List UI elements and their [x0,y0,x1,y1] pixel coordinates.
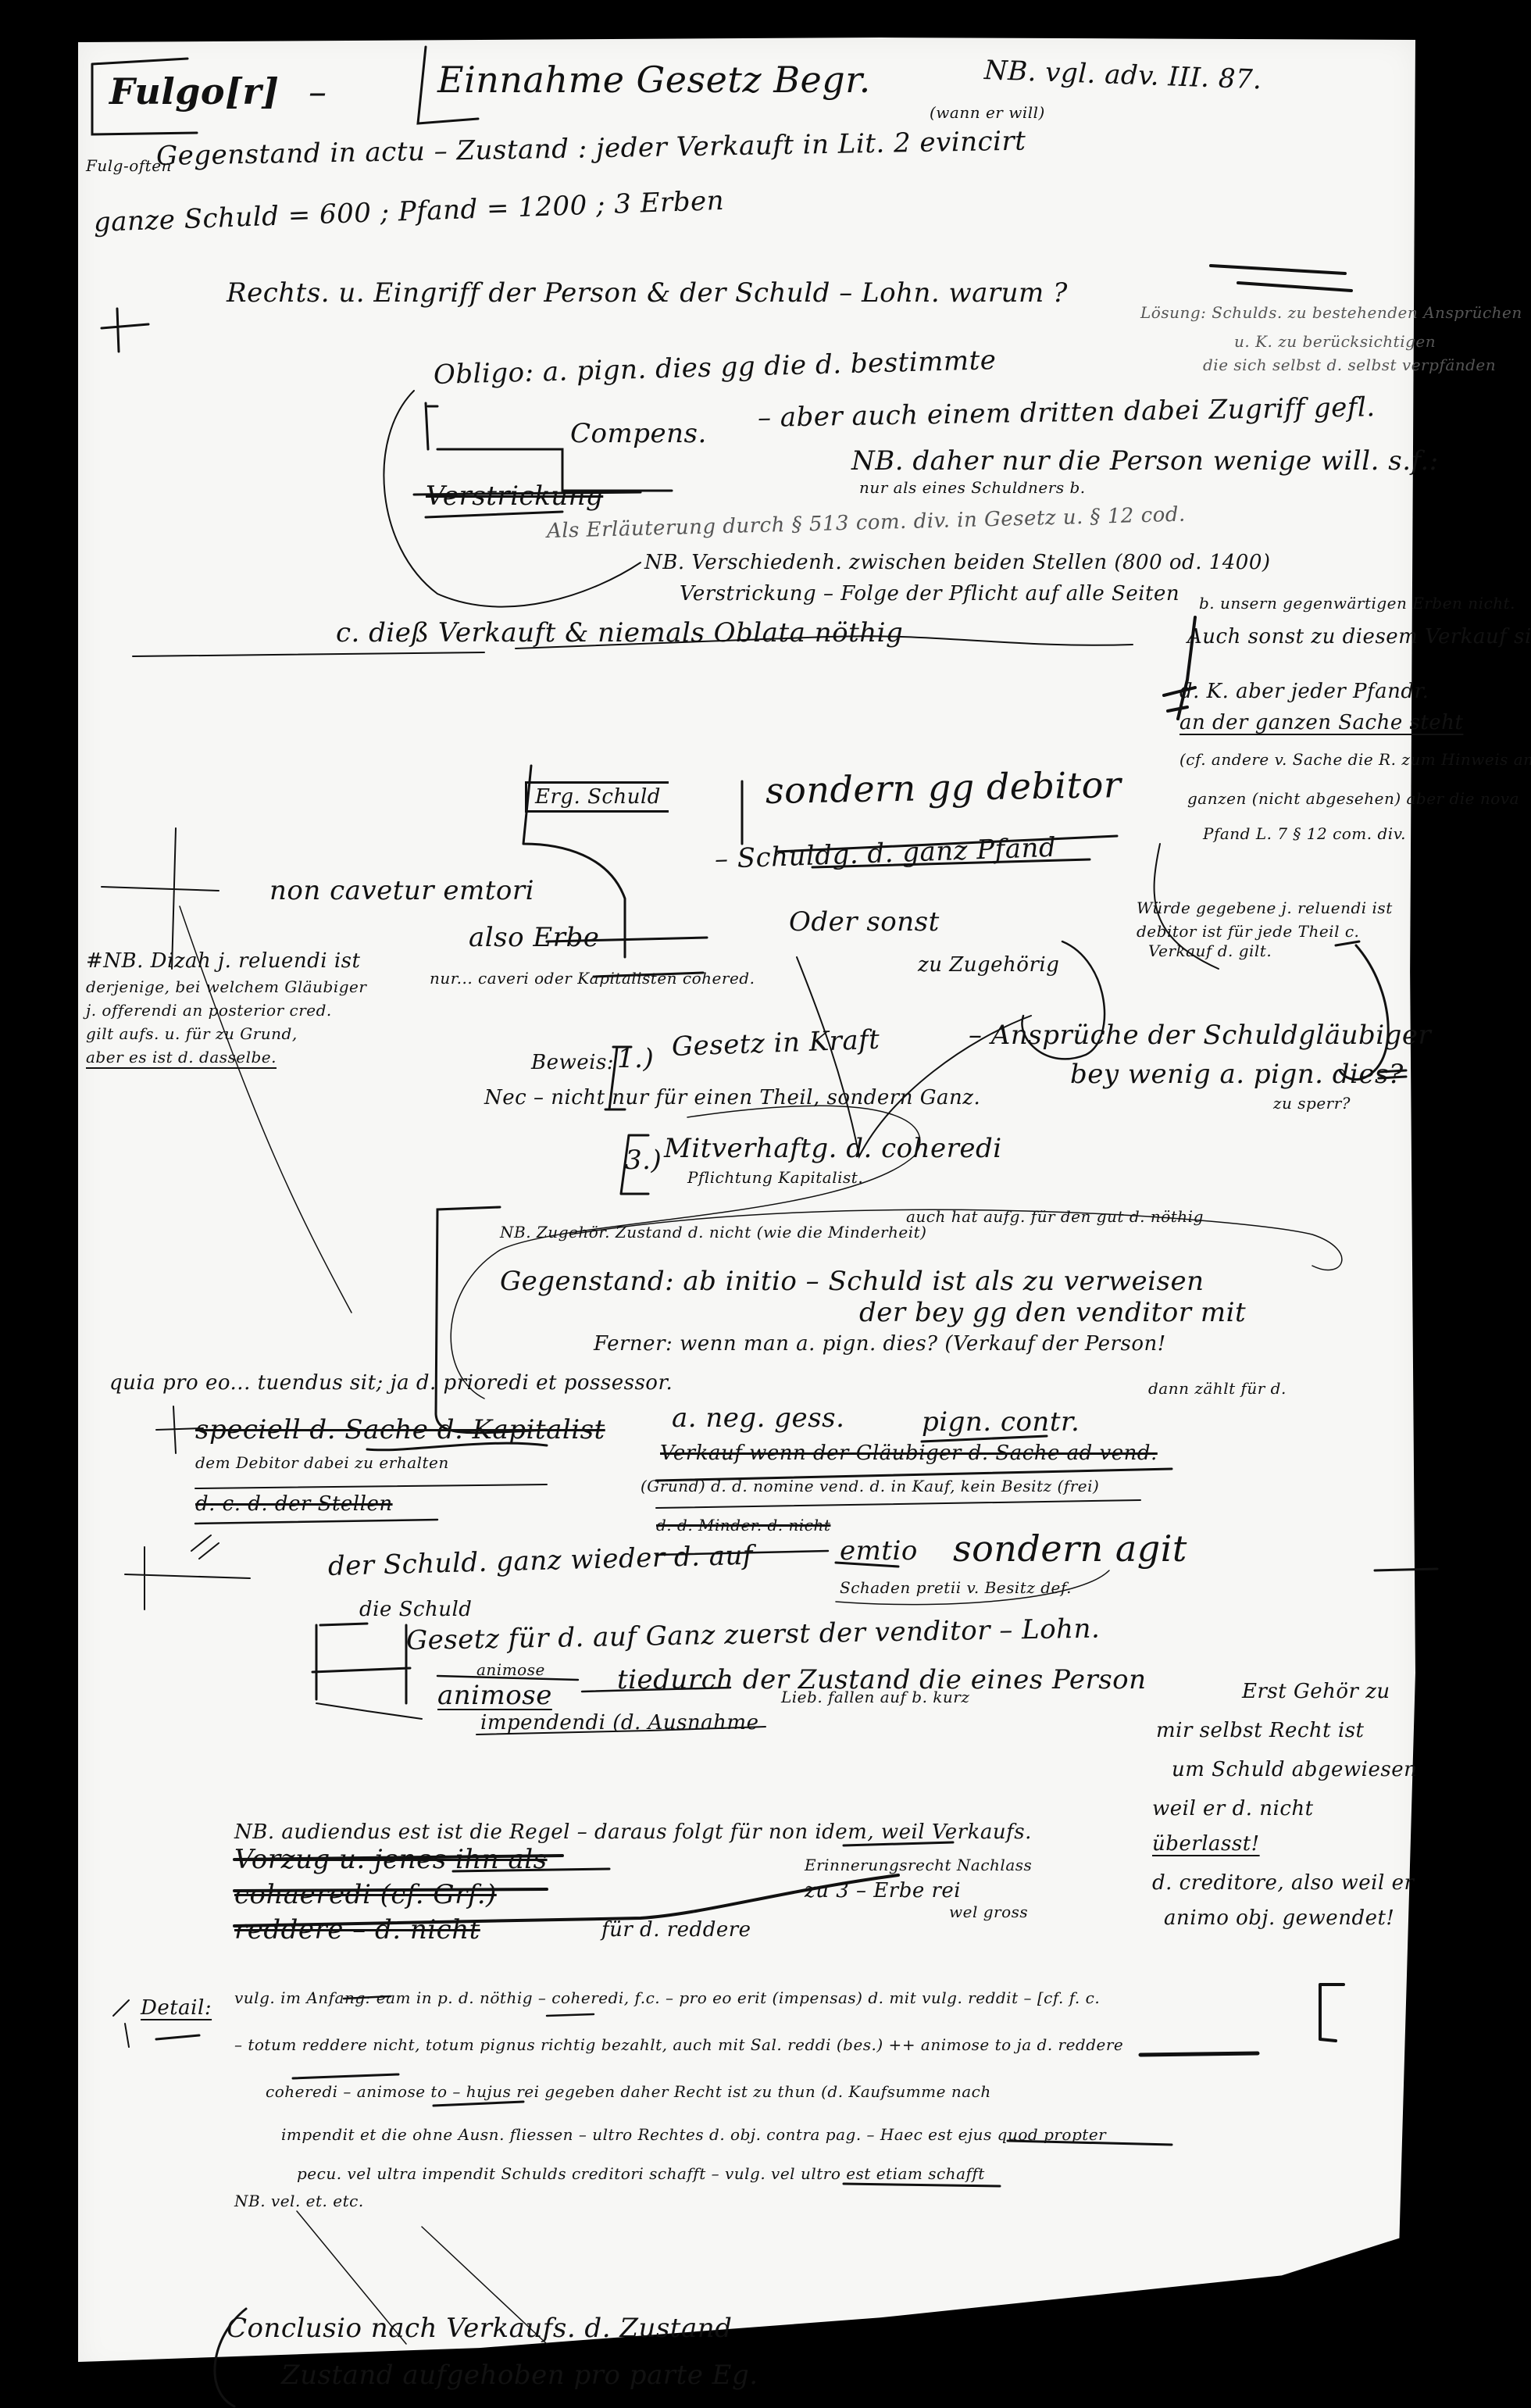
text-line: non cavetur emtori [269,875,534,906]
text-line: animose [476,1660,545,1679]
dash: – [309,70,327,113]
text-line: Compens. [570,418,707,449]
text-line: sondern agit [953,1527,1187,1570]
header-bracket-title: Einnahme Gesetz Begr. [437,59,871,101]
margin-line: derjenige, bei welchem Gläubiger [86,977,366,996]
text-line: Lieb. fallen auf b. kurz [781,1688,969,1706]
detail-label: Detail: [141,1996,212,2020]
text-line: quia pro eo... tuendus sit; ja d. priore… [109,1371,673,1395]
margin-note: d. creditore, also weil er [1152,1871,1414,1895]
header-boxed-title: Fulgo[r] [109,70,279,113]
detail-line: NB. vel. et. etc. [234,2192,364,2210]
text-line: zu Zugehörig [918,953,1059,977]
text-line: c. dieß Verkauft & niemals Oblata nöthig [336,617,903,648]
margin-note: d. K. aber jeder Pfandr. [1179,680,1429,703]
text-line: Pflichtung Kapitalist. [687,1168,863,1187]
left-margin-note: #NB. Dizah j. reluendi ist derjenige, be… [86,949,366,1066]
struck-text: speciell d. Sache d. Kapitalist [195,1414,605,1445]
text-line: der bey gg den venditor mit [859,1297,1246,1328]
text-line: NB. daher nur die Person wenige will. s.… [851,445,1439,477]
text-line: Erst Gehör zu [1242,1680,1390,1703]
text-line: – Ansprüche der Schuldgläubiger [969,1020,1431,1051]
center-boxed-label: Erg. Schuld [525,781,669,813]
detail-line: vulg. im Anfang: eam in p. d. nöthig – c… [234,1988,1100,2007]
text-line: a. neg. gess. [672,1402,844,1434]
text-line: emtio [840,1535,918,1567]
center-heading: sondern gg debitor [765,763,1122,812]
margin-note: Lösung: Schulds. zu bestehenden Ansprüch… [1140,303,1522,322]
text-line: also Erbe [469,922,599,953]
closing-line: Zustand aufgehoben pro parte Eg. [281,2360,758,2391]
list-number: 1.) [617,1043,654,1074]
text-line: (Grund) d. d. nomine vend. d. in Kauf, k… [641,1477,1099,1495]
margin-note: überlasst! [1152,1832,1260,1856]
text-line: impendendi (d. Ausnahme [480,1711,758,1735]
margin-note: Würde gegebene j. reluendi ist [1137,899,1393,917]
margin-note: ganzen (nicht abgesehen) aber die nova [1187,789,1519,808]
struck-text: d. c. d. der Stellen [195,1492,393,1516]
margin-line: aber es ist d. dasselbe. [86,1048,366,1066]
margin-note: Pfand L. 7 § 12 com. div. [1203,824,1406,843]
margin-note: mir selbst Recht ist [1156,1719,1365,1742]
struck-text: cohaeredi (cf. Grf.) [234,1879,497,1910]
text-line: Nec – nicht nur für einen Theil, sondern… [484,1086,980,1109]
margin-note: Verkauf d. gilt. [1148,941,1272,960]
margin-line: j. offerendi an posterior cred. [86,1001,366,1020]
struck-text: reddere – d. nicht [234,1914,480,1945]
text-line: zu 3 – Erbe rei [805,1879,961,1902]
margin-note: um Schuld abgewiesen [1172,1758,1417,1781]
detail-line: coheredi – animose to – hujus rei gegebe… [266,2082,991,2101]
margin-note: die sich selbst d. selbst verpfänden [1203,355,1496,374]
struck-text: Verkauf wenn der Gläubiger d. Sache ad v… [660,1442,1158,1465]
boxed-label: die Schuld [359,1598,472,1621]
margin-note: (cf. andere v. Sache die R. zum Hinweis … [1179,750,1531,769]
margin-note: zu sperr? [1273,1094,1351,1113]
margin-note: b. unsern gegenwärtigen Erben nicht. [1199,594,1515,613]
struck-text: d. d. Minder. d. nicht [656,1516,830,1534]
loop-note: auch hat aufg. für den gut d. nöthig [906,1207,1204,1226]
struck-text: Verstrickung [426,481,603,512]
text-line: wel gross [949,1902,1028,1921]
text-line: NB. Verschiedenh. zwischen beiden Stelle… [644,551,1271,574]
margin-note: Auch sonst zu diesem Verkauf sind d. ent… [1187,625,1531,648]
text-line: Mitverhaftg. d. coheredi [664,1133,1002,1164]
header-aside: (wann er will) [930,103,1045,122]
struck-text: Vorzug u. jenes ihn als [234,1844,548,1875]
detail-line: pecu. vel ultra impendit Schulds credito… [297,2164,985,2183]
text-line: Erinnerungsrecht Nachlass [805,1856,1032,1874]
text-line: bey wenig a. pign. dies? [1070,1059,1404,1090]
text-line: dann zählt für d. [1148,1379,1287,1398]
closing-line: Conclusio nach Verkaufs. d. Zustand [227,2313,732,2344]
text-line: Verstrickung – Folge der Pflicht auf all… [680,582,1179,606]
loop-note: NB. Zugehör. Zustand d. nicht (wie die M… [500,1223,926,1242]
margin-line: #NB. Dizah j. reluendi ist [86,949,366,973]
margin-note: an der ganzen Sache steht [1179,711,1463,734]
margin-note: weil er d. nicht [1152,1797,1314,1820]
manuscript-page [78,38,1415,2374]
list-number: 3.) [625,1145,662,1176]
text-line: dem Debitor dabei zu erhalten [195,1453,449,1472]
text-line: nur als eines Schuldners b. [859,478,1086,497]
text-line: NB. audiendus est ist die Regel – daraus… [234,1820,1032,1844]
text-line: Gegenstand: ab initio – Schuld ist als z… [500,1266,1204,1297]
margin-line: gilt aufs. u. für zu Grund, [86,1024,366,1043]
detail-line: impendit et die ohne Ausn. fliessen – ul… [281,2125,1106,2144]
detail-line: – totum reddere nicht, totum pignus rich… [234,2035,1123,2054]
text-line: für d. reddere [601,1918,751,1942]
margin-note: u. K. zu berücksichtigen [1234,332,1436,351]
text-line: nur... caveri oder Kapitalisten cohered. [430,969,755,988]
text-line: Oder sonst [789,906,940,938]
text-line: animose [437,1680,552,1711]
text-line: Ferner: wenn man a. pign. dies? (Verkauf… [594,1332,1166,1356]
text-line: pign. contr. [922,1406,1080,1438]
text-line: Schaden pretii v. Besitz def. [840,1578,1072,1597]
label: Beweis: [531,1051,614,1074]
margin-note: animo obj. gewendet! [1164,1906,1394,1930]
text-line: Rechts. u. Eingriff der Person & der Sch… [227,277,1068,309]
margin-note: debitor ist für jede Theil c. [1137,922,1359,941]
